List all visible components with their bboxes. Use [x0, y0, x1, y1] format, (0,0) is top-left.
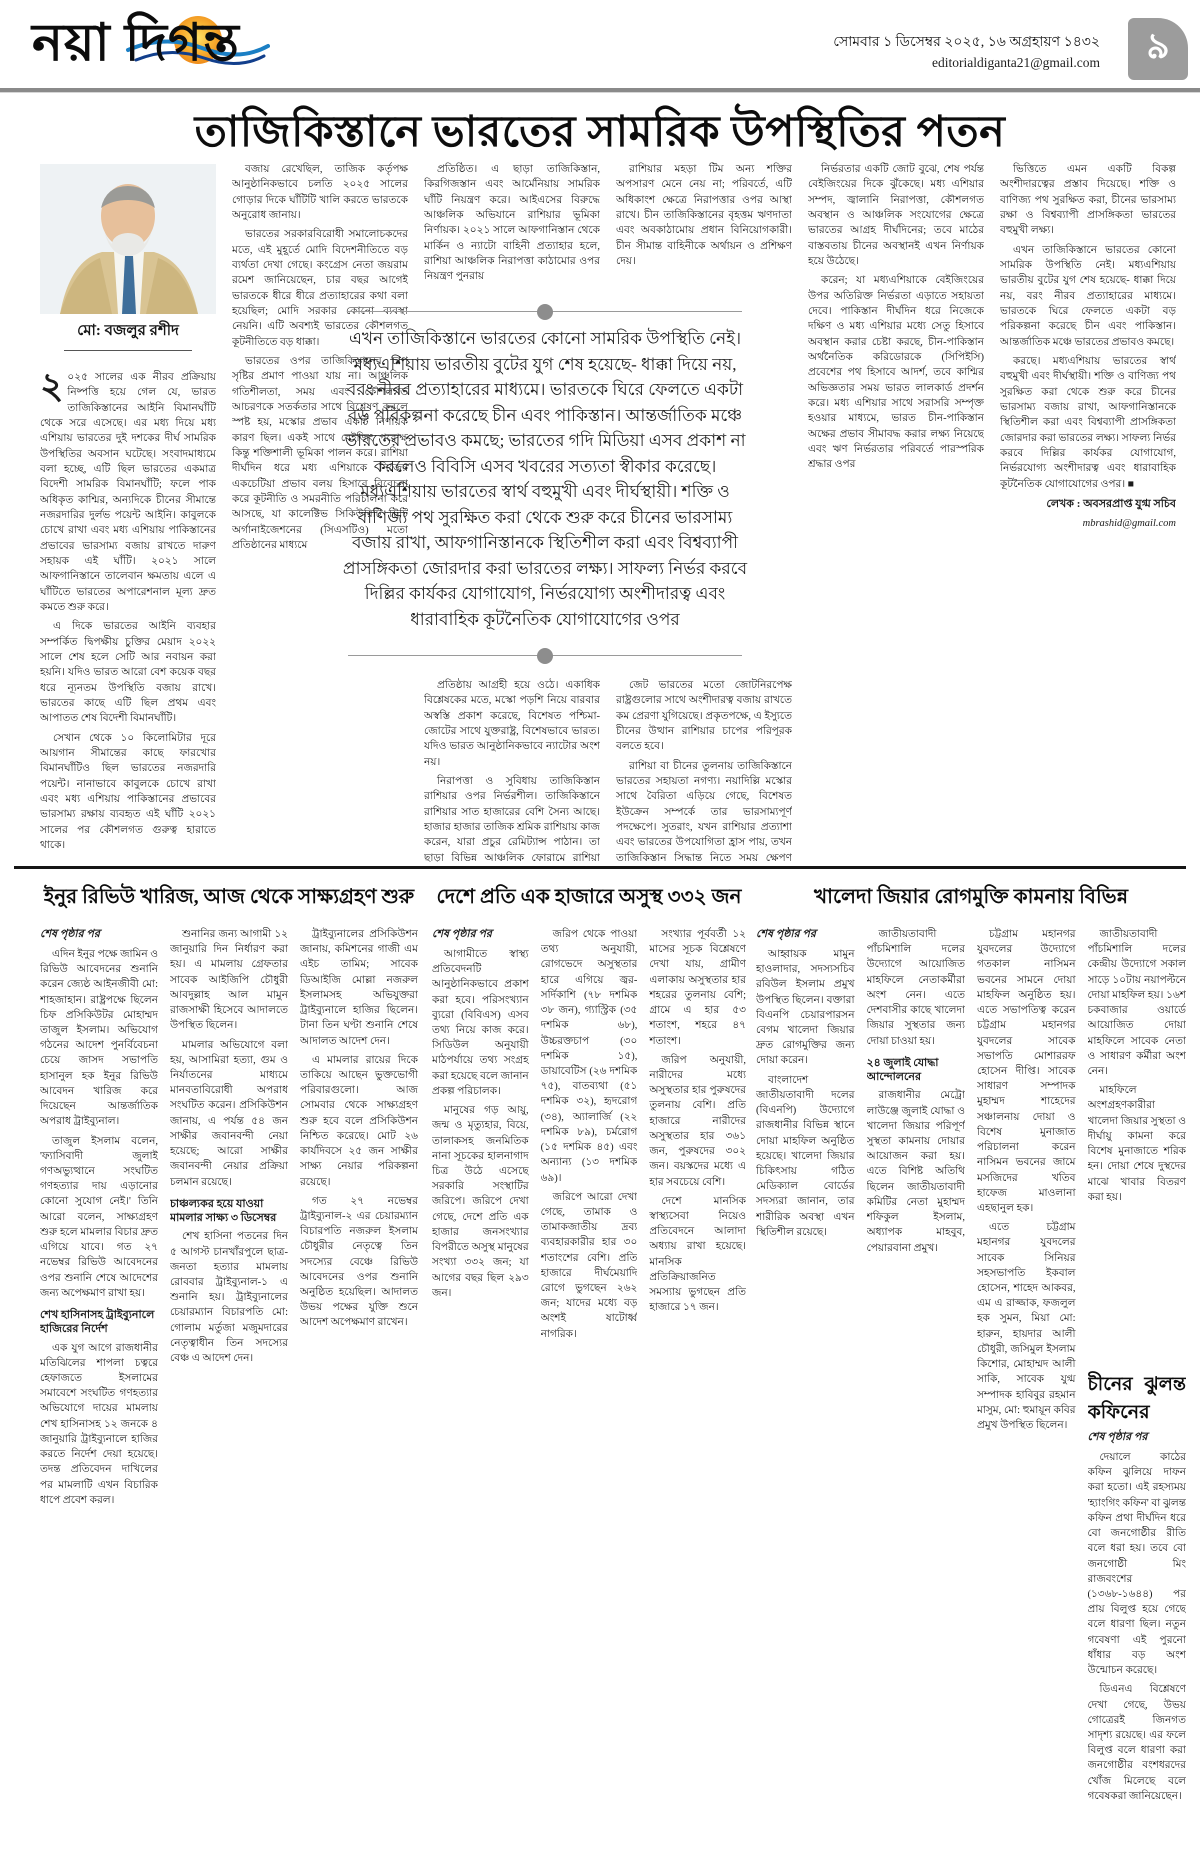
bottom-article-inu: ইনুর রিভিউ খারিজ, আজ থেকে সাক্ষ্যগ্রহণ শ…: [40, 878, 418, 1857]
article-column-1: ২০২৫ সালের এক নীরব প্রক্রিয়ায় নিষ্পত্ত…: [40, 370, 216, 862]
bottom-article-health-headline: দেশে প্রতি এক হাজারে অসুস্থ ৩৩২ জন: [432, 882, 746, 915]
bottom-article-column: শেষ পৃষ্ঠার পর এদিন ইনুর পক্ষে জামিন ও র…: [40, 927, 158, 1857]
bottom-article-column: শেষ পৃষ্ঠার পর আগামীতে স্বাস্থ্য প্রতিবে…: [432, 927, 529, 1857]
bottom-article-column: চট্টগ্রাম মহানগর যুবদলের উদ্যোগে গতকাল ন…: [977, 927, 1076, 1857]
page-header: নয়া দিগন্ত সোমবার ১ ডিসেম্বর ২০২৫, ১৬ অ…: [0, 0, 1200, 88]
continued-from-last-page: শেষ পৃষ্ঠার পর: [1088, 1430, 1187, 1446]
masthead: নয়া দিগন্ত: [32, 8, 240, 84]
section-divider: [14, 866, 1186, 869]
bottom-article-health: দেশে প্রতি এক হাজারে অসুস্থ ৩৩২ জন শেষ প…: [432, 878, 746, 1857]
sub-article-headline: চীনের ঝুলন্ত কফিনের: [1088, 1371, 1187, 1426]
date-text: সোমবার ১ ডিসেম্বর ২০২৫, ১৬ অগ্রহায়ণ ১৪৩…: [833, 32, 1100, 53]
bottom-article-column: শুনানির জন্য আগামী ১২ জানুয়ারি দিন নির্…: [170, 927, 288, 1857]
main-article: মো: বজলুর রশীদ ২০২৫ সালের এক নীরব প্রক্র…: [0, 162, 1200, 862]
article-column-4-bottom: জেট ভারতের মতো জোটনিরপেক্ষ রাষ্ট্রগুলোর …: [616, 678, 792, 862]
dateline: সোমবার ১ ডিসেম্বর ২০২৫, ১৬ অগ্রহায়ণ ১৪৩…: [833, 32, 1100, 73]
lead-paragraph: ২০২৫ সালের এক নীরব প্রক্রিয়ায় নিষ্পত্ত…: [40, 370, 216, 615]
bottom-article-khaleda-headline: খালেদা জিয়ার রোগমুক্তি কামনায় বিভিন্ন: [756, 882, 1186, 915]
quote-divider-top: [348, 302, 742, 322]
page-number-badge: ৯: [1128, 18, 1188, 80]
author-name: মো: বজলুর রশীদ: [40, 319, 216, 344]
bottom-article-column: শেষ পৃষ্ঠার পর আহ্বায়ক মামুন হাওলাদার, …: [756, 927, 855, 1857]
header-rule: [0, 88, 1200, 93]
main-headline: তাজিকিস্তানে ভারতের সামরিক উপস্থিতির পতন: [0, 100, 1200, 171]
bottom-article-column: ট্রাইব্যুনালের প্রসিকিউশন জানায়, কমিশনে…: [300, 927, 418, 1857]
pull-quote-text: এখন তাজিকিস্তানে ভারতের কোনো সামরিক উপস্…: [334, 324, 756, 644]
bottom-article-column: জাতীয়তাবাদী পাঁচমিশালি দলের উদ্যোগে আয়…: [867, 927, 966, 1857]
bottom-article-khaleda: খালেদা জিয়ার রোগমুক্তি কামনায় বিভিন্ন …: [756, 878, 1186, 1857]
article-column-4-top: রাশিয়ার মহড়া টিম অন্য শক্তির অপসারণ মে…: [616, 162, 792, 296]
sub-article-china-coffins: চীনের ঝুলন্ত কফিনের শেষ পৃষ্ঠার পর দেয়া…: [1088, 1371, 1187, 1804]
drop-cap: ২: [40, 370, 67, 401]
bottom-article-inu-headline: ইনুর রিভিউ খারিজ, আজ থেকে সাক্ষ্যগ্রহণ শ…: [40, 882, 418, 915]
author-divider: [64, 350, 192, 351]
continued-from-last-page: শেষ পৃষ্ঠার পর: [40, 927, 158, 943]
author-signoff-email: mbrashid@gmail.com: [1000, 516, 1176, 531]
author-box: মো: বজলুর রশীদ: [40, 164, 216, 351]
masthead-title: নয়া দিগন্ত: [32, 15, 240, 72]
quote-divider-bottom: [348, 646, 742, 666]
bottom-article-column: জরিপ থেকে পাওয়া তথ্য অনুযায়ী, রোগভেদে …: [541, 927, 638, 1857]
article-column-5: নির্ভরতার একটি জোট বুঝে, শেষ পর্যন্ত বেই…: [808, 162, 984, 862]
article-column-3-top: প্রতিষ্ঠিত। এ ছাড়া তাজিকিস্তান, কিরগিজস…: [424, 162, 600, 296]
pull-quote-box: এখন তাজিকিস্তানে ভারতের কোনো সামরিক উপস্…: [334, 300, 756, 668]
continued-from-last-page: শেষ পৃষ্ঠার পর: [756, 927, 855, 943]
continued-from-last-page: শেষ পৃষ্ঠার পর: [432, 927, 529, 943]
author-photo: [40, 164, 216, 314]
editorial-email: editorialdiganta21@gmail.com: [833, 53, 1100, 73]
author-signoff: লেখক : অবসরপ্রাপ্ত যুগ্ম সচিব: [1000, 496, 1176, 512]
bottom-article-column: সংখ্যার পূর্ববর্তী ১২ মাসের সূচক বিশ্লেষ…: [649, 927, 746, 1857]
article-column-3-bottom: প্রতিষ্ঠায় আগ্রহী হয়ে ওঠে। একাধিক বিশ্…: [424, 678, 600, 862]
bottom-article-column: জাতীয়তাবাদী পাঁচমিশালি দলের কেন্দ্রীয় …: [1088, 927, 1187, 1857]
article-column-6: ভিত্তিতে এমন একটি বিকল্প অংশীদারত্বের প্…: [1000, 162, 1176, 862]
page-number: ৯: [1146, 19, 1169, 79]
bottom-section: ইনুর রিভিউ খারিজ, আজ থেকে সাক্ষ্যগ্রহণ শ…: [0, 878, 1200, 1868]
